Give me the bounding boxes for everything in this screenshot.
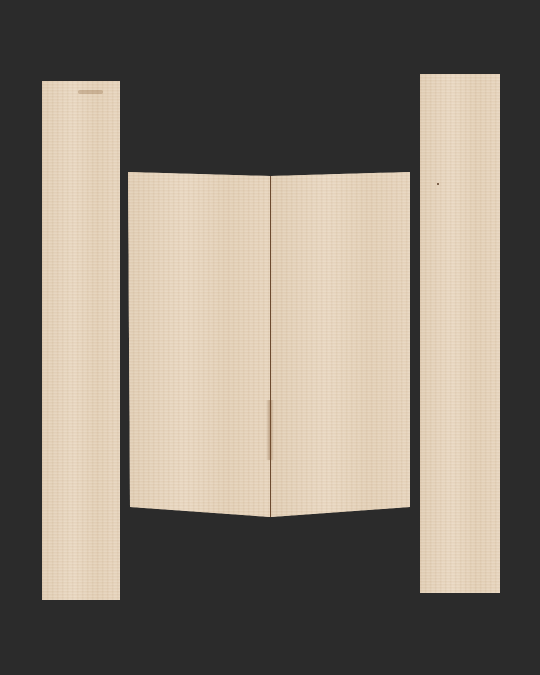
grain-mark — [78, 90, 103, 94]
figure-streak — [266, 400, 274, 460]
center-seam — [270, 176, 271, 517]
scene-description: Bookmatched figured maple guitar back wi… — [0, 0, 1, 1]
back-left-half — [128, 172, 270, 517]
back-right-half — [271, 172, 410, 517]
right-side-strip — [420, 74, 500, 593]
wood-knot — [437, 183, 439, 185]
left-side-strip — [42, 81, 120, 600]
